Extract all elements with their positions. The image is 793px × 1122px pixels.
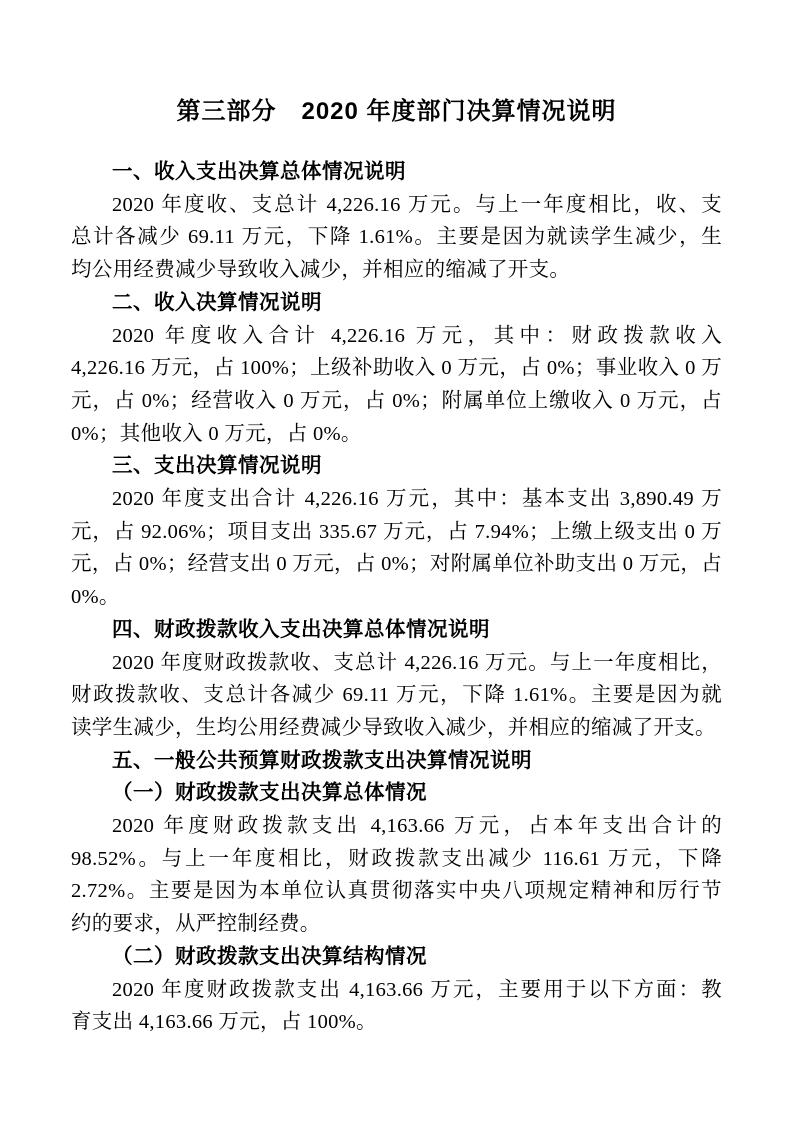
paragraph-line: 2020 年度财政拨款支出 4,163.66 万元，占本年支出合计的 xyxy=(71,810,722,843)
paragraph-line: 2.72%。主要是因为本单位认真贯彻落实中央八项规定精神和厉行节 xyxy=(71,875,722,908)
subsection-heading: （二）财政拨款支出决算结构情况 xyxy=(71,941,722,974)
section-heading: 四、财政拨款收入支出决算总体情况说明 xyxy=(71,614,722,647)
section-heading: 二、收入决算情况说明 xyxy=(71,287,722,320)
document-page: 第三部分 2020 年度部门决算情况说明一、收入支出决算总体情况说明2020 年… xyxy=(0,0,793,1122)
document-content: 第三部分 2020 年度部门决算情况说明一、收入支出决算总体情况说明2020 年… xyxy=(71,95,722,1039)
paragraph-line: 2020 年度收入合计 4,226.16 万元，其中：财政拨款收入 xyxy=(71,320,722,353)
paragraph: 2020 年度财政拨款支出 4,163.66 万元，占本年支出合计的98.52%… xyxy=(71,810,722,941)
paragraph-line: 0%。 xyxy=(71,581,722,614)
paragraph-line: 2020 年度支出合计 4,226.16 万元，其中：基本支出 3,890.49… xyxy=(71,483,722,516)
paragraph-line: 元，占 0%；经营支出 0 万元，占 0%；对附属单位补助支出 0 万元，占 xyxy=(71,548,722,581)
paragraph: 2020 年度收、支总计 4,226.16 万元。与上一年度相比，收、支总计各减… xyxy=(71,189,722,287)
paragraph: 2020 年度收入合计 4,226.16 万元，其中：财政拨款收入4,226.1… xyxy=(71,320,722,451)
paragraph-line: 98.52%。与上一年度相比，财政拨款支出减少 116.61 万元，下降 xyxy=(71,843,722,876)
section-heading: 三、支出决算情况说明 xyxy=(71,450,722,483)
page-title: 第三部分 2020 年度部门决算情况说明 xyxy=(71,95,722,129)
paragraph: 2020 年度支出合计 4,226.16 万元，其中：基本支出 3,890.49… xyxy=(71,483,722,614)
paragraph-line: 约的要求，从严控制经费。 xyxy=(71,908,722,941)
paragraph-line: 元，占 92.06%；项目支出 335.67 万元，占 7.94%；上缴上级支出… xyxy=(71,516,722,549)
paragraph: 2020 年度财政拨款支出 4,163.66 万元，主要用于以下方面：教育支出 … xyxy=(71,974,722,1039)
paragraph-line: 2020 年度收、支总计 4,226.16 万元。与上一年度相比，收、支 xyxy=(71,189,722,222)
paragraph-line: 0%；其他收入 0 万元，占 0%。 xyxy=(71,418,722,451)
paragraph-line: 4,226.16 万元，占 100%；上级补助收入 0 万元，占 0%；事业收入… xyxy=(71,352,722,385)
section-heading: 一、收入支出决算总体情况说明 xyxy=(71,156,722,189)
subsection-heading: （一）财政拨款支出决算总体情况 xyxy=(71,777,722,810)
paragraph: 2020 年度财政拨款收、支总计 4,226.16 万元。与上一年度相比，财政拨… xyxy=(71,647,722,745)
paragraph-line: 2020 年度财政拨款支出 4,163.66 万元，主要用于以下方面：教 xyxy=(71,974,722,1007)
paragraph-line: 财政拨款收、支总计各减少 69.11 万元，下降 1.61%。主要是因为就 xyxy=(71,679,722,712)
paragraph-line: 元，占 0%；经营收入 0 万元，占 0%；附属单位上缴收入 0 万元，占 xyxy=(71,385,722,418)
paragraph-line: 总计各减少 69.11 万元，下降 1.61%。主要是因为就读学生减少，生 xyxy=(71,221,722,254)
section-heading: 五、一般公共预算财政拨款支出决算情况说明 xyxy=(71,745,722,778)
paragraph-line: 读学生减少，生均公用经费减少导致收入减少，并相应的缩减了开支。 xyxy=(71,712,722,745)
paragraph-line: 均公用经费减少导致收入减少，并相应的缩减了开支。 xyxy=(71,254,722,287)
paragraph-line: 育支出 4,163.66 万元，占 100%。 xyxy=(71,1006,722,1039)
paragraph-line: 2020 年度财政拨款收、支总计 4,226.16 万元。与上一年度相比， xyxy=(71,647,722,680)
